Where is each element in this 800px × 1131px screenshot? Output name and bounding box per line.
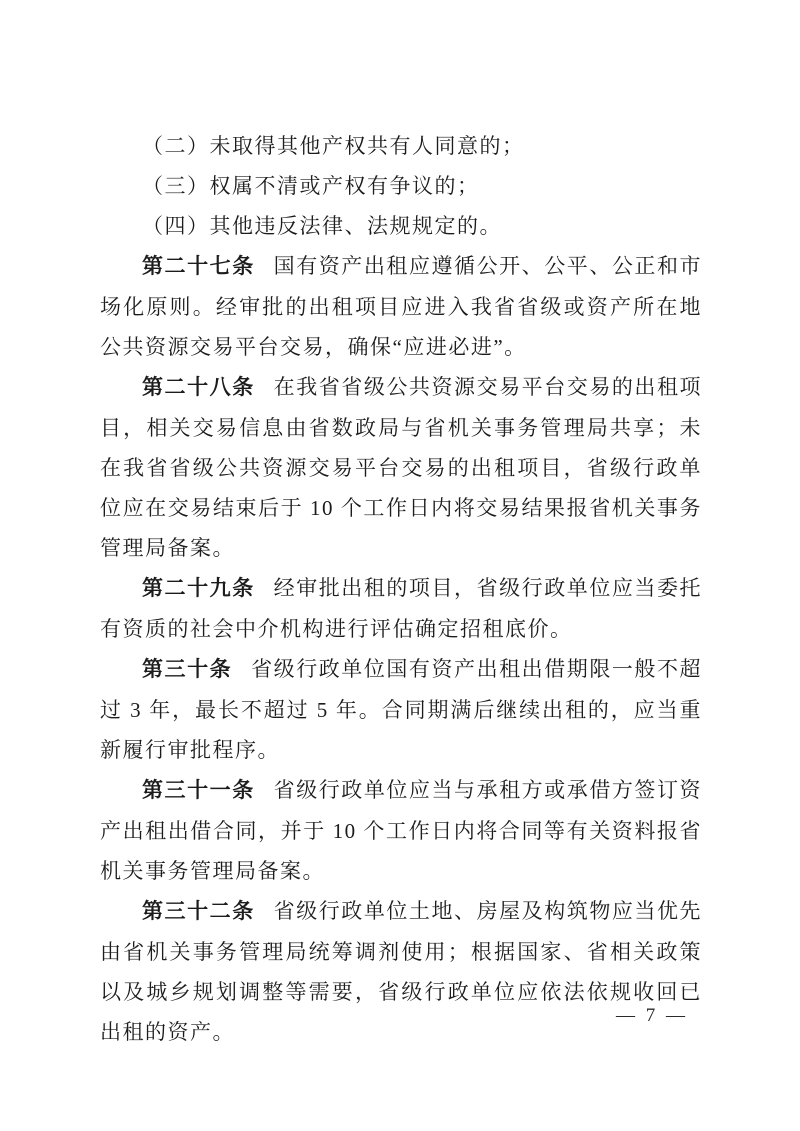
list-item: （二）未取得其他产权共有人同意的； [100, 126, 702, 166]
article-number: 第二十九条 [142, 577, 255, 600]
article-number: 第三十一条 [142, 779, 255, 802]
article-paragraph: 第二十九条经审批出租的项目，省级行政单位应当委托有资质的社会中介机构进行评估确定… [100, 568, 702, 649]
article-text: 在我省省级公共资源交易平台交易的出租项目，相关交易信息由省数政局与省机关事务管理… [100, 375, 702, 560]
list-item: （三）权属不清或产权有争议的； [100, 166, 702, 206]
document-page: （二）未取得其他产权共有人同意的； （三）权属不清或产权有争议的； （四）其他违… [0, 0, 800, 1131]
article-number: 第二十七条 [142, 255, 255, 278]
article-paragraph: 第二十七条国有资产出租应遵循公开、公平、公正和市场化原则。经审批的出租项目应进入… [100, 246, 702, 367]
article-number: 第三十条 [142, 658, 232, 681]
article-paragraph: 第三十条省级行政单位国有资产出租出借期限一般不超过 3 年，最长不超过 5 年。… [100, 649, 702, 770]
article-number: 第二十八条 [142, 376, 255, 399]
list-item: （四）其他违反法律、法规规定的。 [100, 206, 702, 246]
page-number: — 7 — [616, 1002, 688, 1030]
document-body: （二）未取得其他产权共有人同意的； （三）权属不清或产权有争议的； （四）其他违… [100, 126, 702, 1052]
article-paragraph: 第二十八条在我省省级公共资源交易平台交易的出租项目，相关交易信息由省数政局与省机… [100, 367, 702, 568]
article-paragraph: 第三十一条省级行政单位应当与承租方或承借方签订资产出租出借合同，并于 10 个工… [100, 770, 702, 891]
article-number: 第三十二条 [142, 900, 255, 923]
article-paragraph: 第三十二条省级行政单位土地、房屋及构筑物应当优先由省机关事务管理局统筹调剂使用；… [100, 891, 702, 1052]
